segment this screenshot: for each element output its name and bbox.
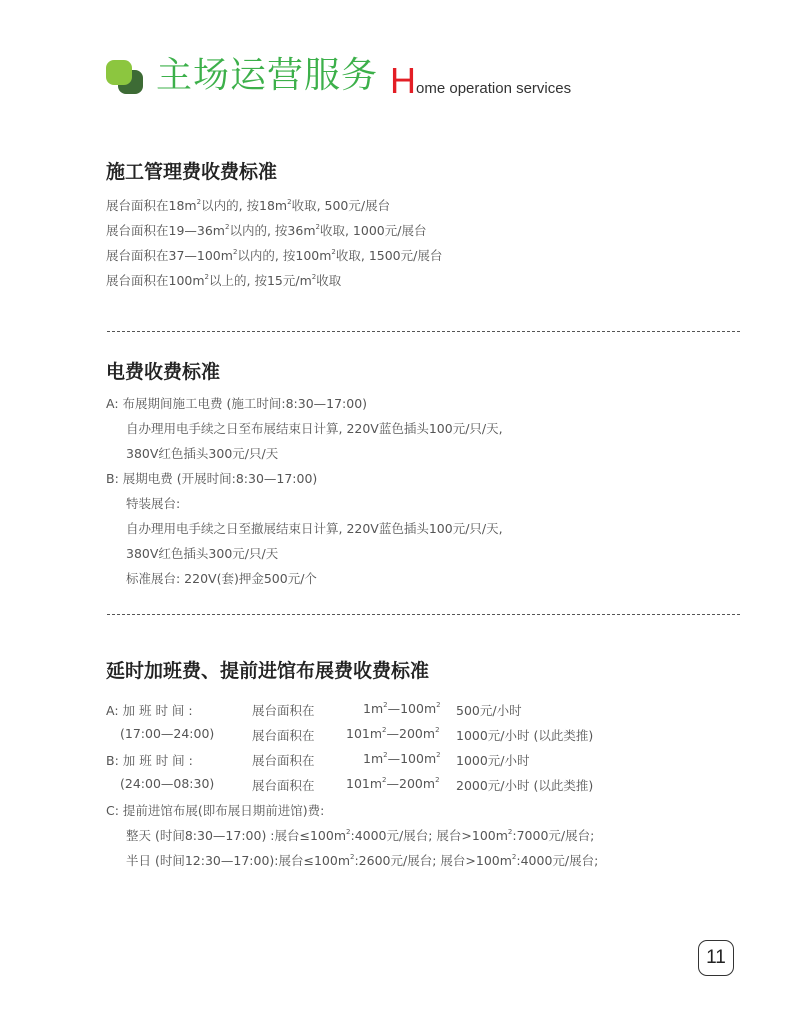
item-c-full-day: 整天 (时间8:30—17:00) :展台≤100m2:4000元/展台; 展台…: [126, 826, 594, 844]
section-title-electricity-fee: 电费收费标准: [106, 357, 220, 384]
section-title-construction-fee: 施工管理费收费标准: [106, 157, 277, 184]
item-a-label: A: 布展期间施工电费 (施工时间:8:30—17:00): [106, 394, 367, 412]
item-b-line: 380V红色插头300元/只/天: [126, 544, 278, 562]
page-header: 主场运营服务 H ome operation services: [106, 52, 571, 100]
dashed-divider: [107, 614, 740, 615]
item-a-line: 380V红色插头300元/只/天: [126, 444, 278, 462]
item-b-special: 特装展台:: [126, 494, 180, 512]
header-title-en: H ome operation services: [390, 63, 571, 99]
fee-line: 展台面积在37—100m2以内的, 按100m2收取, 1500元/展台: [106, 246, 442, 264]
item-b-standard: 标准展台: 220V(套)押金500元/个: [126, 569, 317, 587]
fee-line: 展台面积在18m2以内的, 按18m2收取, 500元/展台: [106, 196, 390, 214]
header-title-cn: 主场运营服务: [156, 58, 378, 94]
item-a-line: 自办理用电手续之日至布展结束日计算, 220V蓝色插头100元/只/天,: [126, 419, 503, 437]
dashed-divider: [107, 331, 740, 332]
item-c-label: C: 提前进馆布展(即布展日期前进馆)费:: [106, 801, 324, 819]
item-c-half-day: 半日 (时间12:30—17:00):展台≤100m2:2600元/展台; 展台…: [126, 851, 598, 869]
logo-icon: [106, 54, 146, 98]
section-title-overtime-fee: 延时加班费、提前进馆布展费收费标准: [106, 656, 429, 683]
item-b-line: 自办理用电手续之日至撤展结束日计算, 220V蓝色插头100元/只/天,: [126, 519, 503, 537]
item-b-label: B: 展期电费 (开展时间:8:30—17:00): [106, 469, 317, 487]
page-number: 11: [698, 940, 734, 976]
fee-line: 展台面积在100m2以上的, 按15元/m2收取: [106, 271, 341, 289]
fee-line: 展台面积在19—36m2以内的, 按36m2收取, 1000元/展台: [106, 221, 426, 239]
